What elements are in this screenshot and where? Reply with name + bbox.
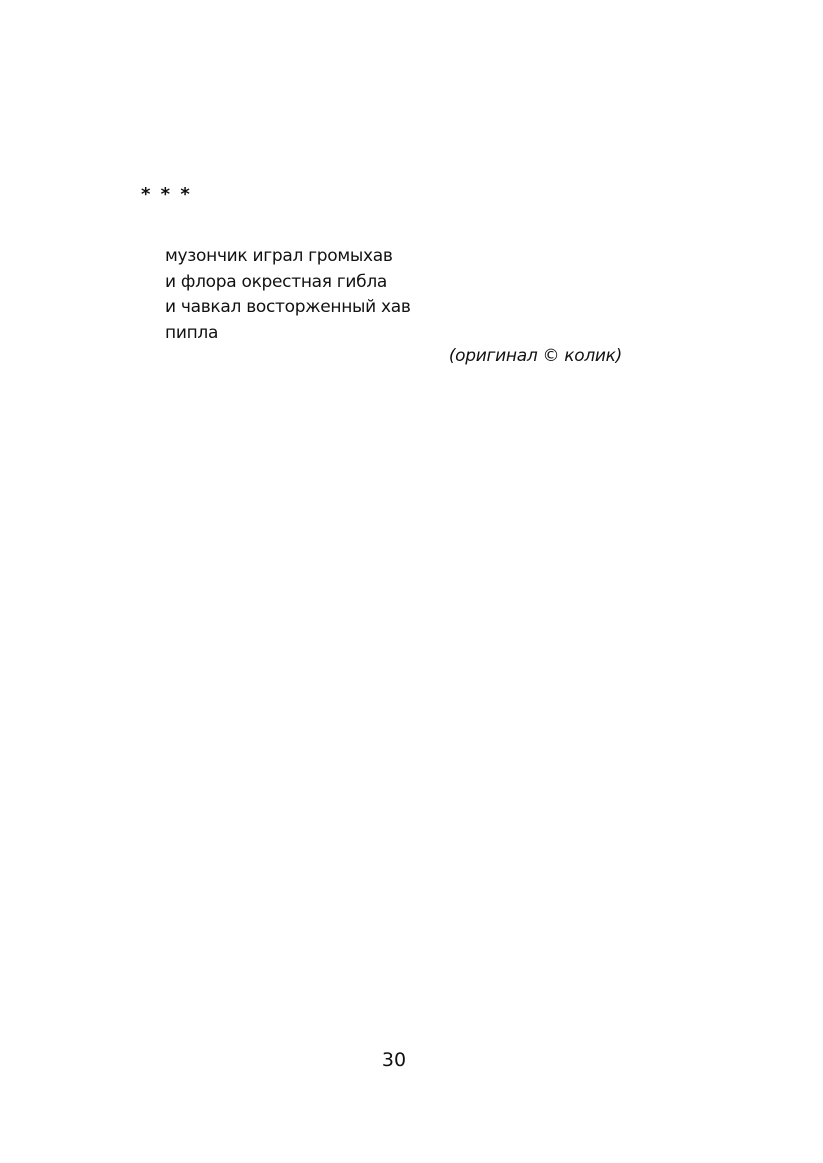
poem-line: пипла: [165, 321, 411, 347]
section-separator: * * *: [141, 184, 192, 205]
page-number: 30: [0, 1049, 788, 1071]
poem-line: и флора окрестная гибла: [165, 270, 411, 296]
poem-line: музончик играл громыхав: [165, 244, 411, 270]
poem-stanza: музончик играл громыхав и флора окрестна…: [165, 244, 411, 346]
attribution: (оригинал © колик): [449, 346, 622, 366]
poem-line: и чавкал восторженный хав: [165, 295, 411, 321]
